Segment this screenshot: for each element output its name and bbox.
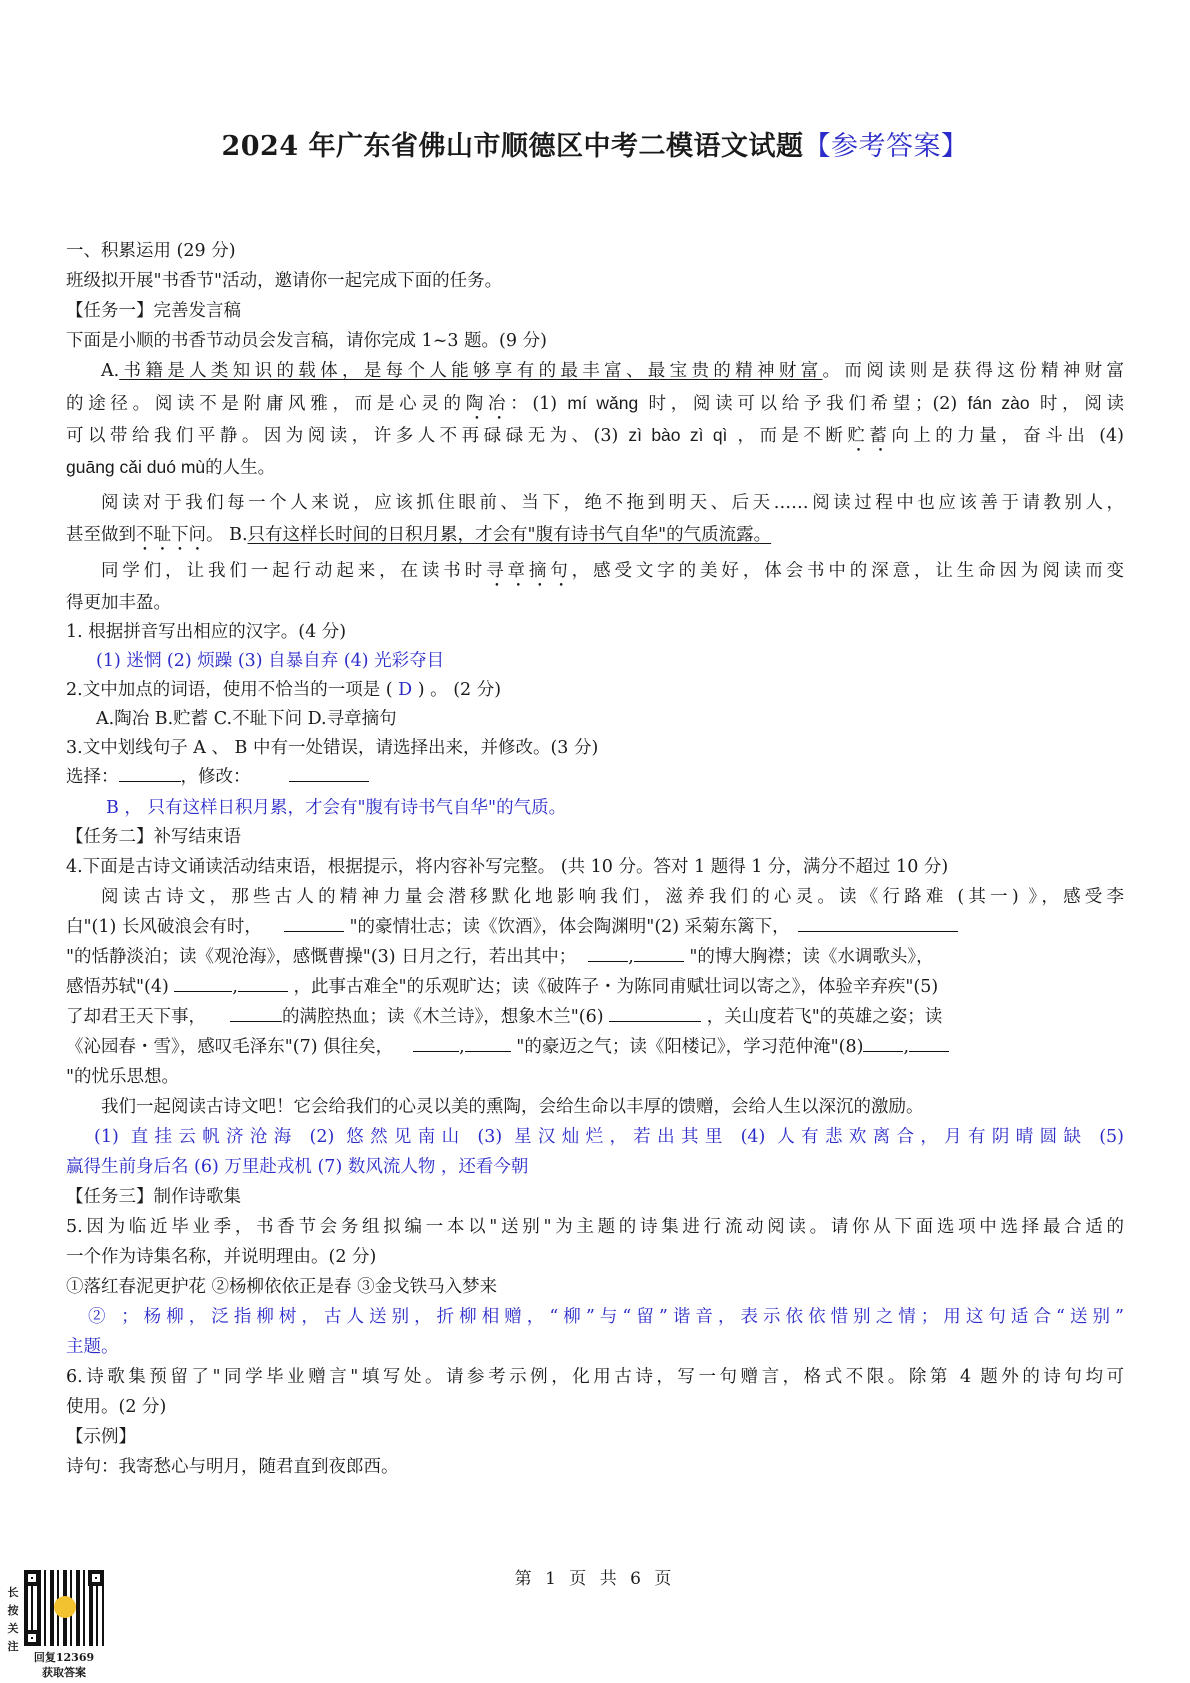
blank-select [119, 765, 181, 782]
question-3: 3.文中划线句子 A 、 B 中有一处错误，请选择出来，并修改。(3 分) [66, 736, 598, 760]
answer-3: B ， 只有这样日积月累，才会有"腹有诗书气自华"的气质。 [66, 796, 566, 820]
pinyin-3: zì bào zì qì [628, 425, 727, 445]
blank-2 [798, 915, 958, 932]
qr-side-text: 长按关注 [6, 1584, 20, 1656]
task2-heading: 【任务二】补写结束语 [66, 825, 241, 849]
blank-8b [909, 1035, 949, 1052]
task2-line-7: "的忧乐思想。 [66, 1065, 179, 1089]
qr-logo-icon [54, 1596, 76, 1618]
answer-5-line-2: 主题。 [66, 1335, 119, 1359]
passage-line-1: A.书籍是人类知识的载体，是每个人能够享有的最丰富、最宝贵的精神财富。而阅读则是… [66, 359, 1124, 383]
page-number: 第 1 页 共 6 页 [0, 1564, 1190, 1589]
question-2-options: A.陶冶 B.贮蓄 C.不耻下问 D.寻章摘句 [66, 707, 397, 731]
qr-code-block: 长按关注 回复12369 获取答案 [4, 1570, 104, 1683]
section-intro: 班级拟开展"书香节"活动，邀请你一起完成下面的任务。 [66, 269, 502, 293]
title-answer-tag: 【参考答案】 [804, 131, 969, 162]
qr-caption: 回复12369 获取答案 [24, 1650, 104, 1680]
blank-1 [284, 915, 344, 932]
task2-line-5: 了却君王天下事，的满腔热血；读《木兰诗》，想象木兰"(6) ，关山度若飞"的英雄… [66, 1005, 942, 1029]
blank-7a [413, 1035, 459, 1052]
passage-line-7: 同学们，让我们一起行动起来，在读书时寻章摘句，感受文字的美好，体会书中的深意，让… [66, 559, 1124, 591]
task1-intro: 下面是小顺的书香节动员会发言稿，请你完成 1~3 题。(9 分) [66, 329, 547, 353]
answer-1: (1) 迷惘 (2) 烦躁 (3) 自暴自弃 (4) 光彩夺目 [66, 649, 444, 673]
question-5-line-1: 5.因为临近毕业季，书香节会务组拟编一本以"送别"为主题的诗集进行流动阅读。请你… [66, 1215, 1124, 1239]
question-4: 4.下面是古诗文诵读活动结束语，根据提示，将内容补写完整。 (共 10 分。答对… [66, 855, 948, 879]
blank-7b [465, 1035, 511, 1052]
dotted-word-xunzhangzhaiju: 寻章摘句 [486, 561, 572, 581]
qr-code-icon[interactable] [24, 1570, 104, 1646]
pinyin-4: guāng cǎi duó mù [66, 457, 205, 477]
question-3-blanks: 选择：，修改： [66, 765, 369, 789]
blank-5 [230, 1005, 282, 1022]
blank-4a [174, 975, 232, 992]
dotted-word-zhuxu: 贮蓄 [847, 426, 891, 446]
answer-4-line-1: (1) 直挂云帆济沧海 (2) 悠然见南山 (3) 星汉灿烂，若出其里 (4) … [66, 1125, 1124, 1149]
task2-line-6: 《沁园春・雪》，感叹毛泽东"(7) 俱往矣，, "的豪迈之气；读《阳楼记》，学习… [66, 1035, 949, 1059]
passage-line-6: 甚至做到不耻下问。 B.只有这样长时间的日积月累，才会有"腹有诗书气自华"的气质… [66, 523, 771, 555]
passage-line-3: 可以带给我们平静。因为阅读，许多人不再碌碌无为、(3) zì bào zì qì… [66, 423, 1124, 456]
task1-heading: 【任务一】完善发言稿 [66, 299, 241, 323]
blank-3a [588, 945, 628, 962]
dotted-word-taoye: 陶冶 [466, 394, 510, 414]
question-5-line-2: 一个作为诗集名称，并说明理由。(2 分) [66, 1245, 376, 1269]
question-2: 2.文中加点的词语，使用不恰当的一项是 ( D ) 。 (2 分) [66, 678, 501, 702]
question-5-options: ①落红春泥更护花 ②杨柳依依正是春 ③金戈铁马入梦来 [66, 1275, 497, 1299]
task2-line-8: 我们一起阅读古诗文吧！它会给我们的心灵以美的熏陶，会给生命以丰厚的馈赠，会给人生… [66, 1095, 924, 1119]
section-heading: 一、积累运用 (29 分) [66, 239, 236, 263]
underlined-sentence-a: 书籍是人类知识的载体，是每个人能够享有的最丰富、最宝贵的精神财富 [119, 361, 822, 381]
blank-8a [863, 1035, 903, 1052]
document-title: 2024 年广东省佛山市顺德区中考二模语文试题【参考答案】 [0, 124, 1190, 163]
answer-2: D [398, 680, 412, 700]
question-6-line-2: 使用。(2 分) [66, 1395, 166, 1419]
passage-line-2: 的途径。阅读不是附庸风雅，而是心灵的陶冶：(1) mí wǎng 时，阅读可以给… [66, 391, 1124, 424]
question-1: 1. 根据拼音写出相应的汉字。(4 分) [66, 620, 346, 644]
pinyin-2: fán zào [968, 393, 1030, 413]
task2-line-3: "的恬静淡泊；读《观沧海》，感慨曹操"(3) 日月之行，若出其中；, "的博大胸… [66, 945, 934, 969]
task2-line-1: 阅读古诗文，那些古人的精神力量会潜移默化地影响我们，滋养我们的心灵。读《行路难 … [66, 885, 1124, 909]
task2-line-2: 白"(1) 长风破浪会有时， "的豪情壮志；读《饮酒》，体会陶渊明"(2) 采菊… [66, 915, 958, 939]
pinyin-1: mí wǎng [567, 393, 638, 413]
question-6-line-1: 6.诗歌集预留了"同学毕业赠言"填写处。请参考示例，化用古诗，写一句赠言，格式不… [66, 1365, 1124, 1389]
dotted-word-buchixiawen: 不耻下问 [136, 525, 206, 545]
passage-line-4: guāng cǎi duó mù的人生。 [66, 455, 275, 480]
answer-5-line-1: ② ；杨柳，泛指柳树，古人送别，折柳相赠，“柳”与“留”谐音，表示依依惜别之情；… [66, 1305, 1124, 1329]
passage-line-5: 阅读对于我们每一个人来说，应该抓住眼前、当下，绝不拖到明天、后天……阅读过程中也… [66, 491, 1124, 515]
example-heading: 【示例】 [66, 1425, 136, 1449]
blank-modify [289, 765, 369, 782]
passage-line-8: 得更加丰盈。 [66, 591, 171, 615]
task2-line-4: 感悟苏轼"(4) , ，此事古难全"的乐观旷达；读《破阵子・为陈同甫赋壮词以寄之… [66, 975, 938, 999]
task3-heading: 【任务三】制作诗歌集 [66, 1185, 241, 1209]
blank-6 [609, 1005, 701, 1022]
example-poem: 诗句：我寄愁心与明月，随君直到夜郎西。 [66, 1455, 399, 1479]
title-main: 2024 年广东省佛山市顺德区中考二模语文试题 [221, 131, 803, 162]
blank-4b [238, 975, 288, 992]
underlined-sentence-b: 只有这样长时间的日积月累，才会有"腹有诗书气自华"的气质流露。 [248, 525, 772, 545]
answer-4-line-2: 赢得生前身后名 (6) 万里赴戎机 (7) 数风流人物 ，还看今朝 [66, 1155, 528, 1179]
blank-3b [634, 945, 684, 962]
